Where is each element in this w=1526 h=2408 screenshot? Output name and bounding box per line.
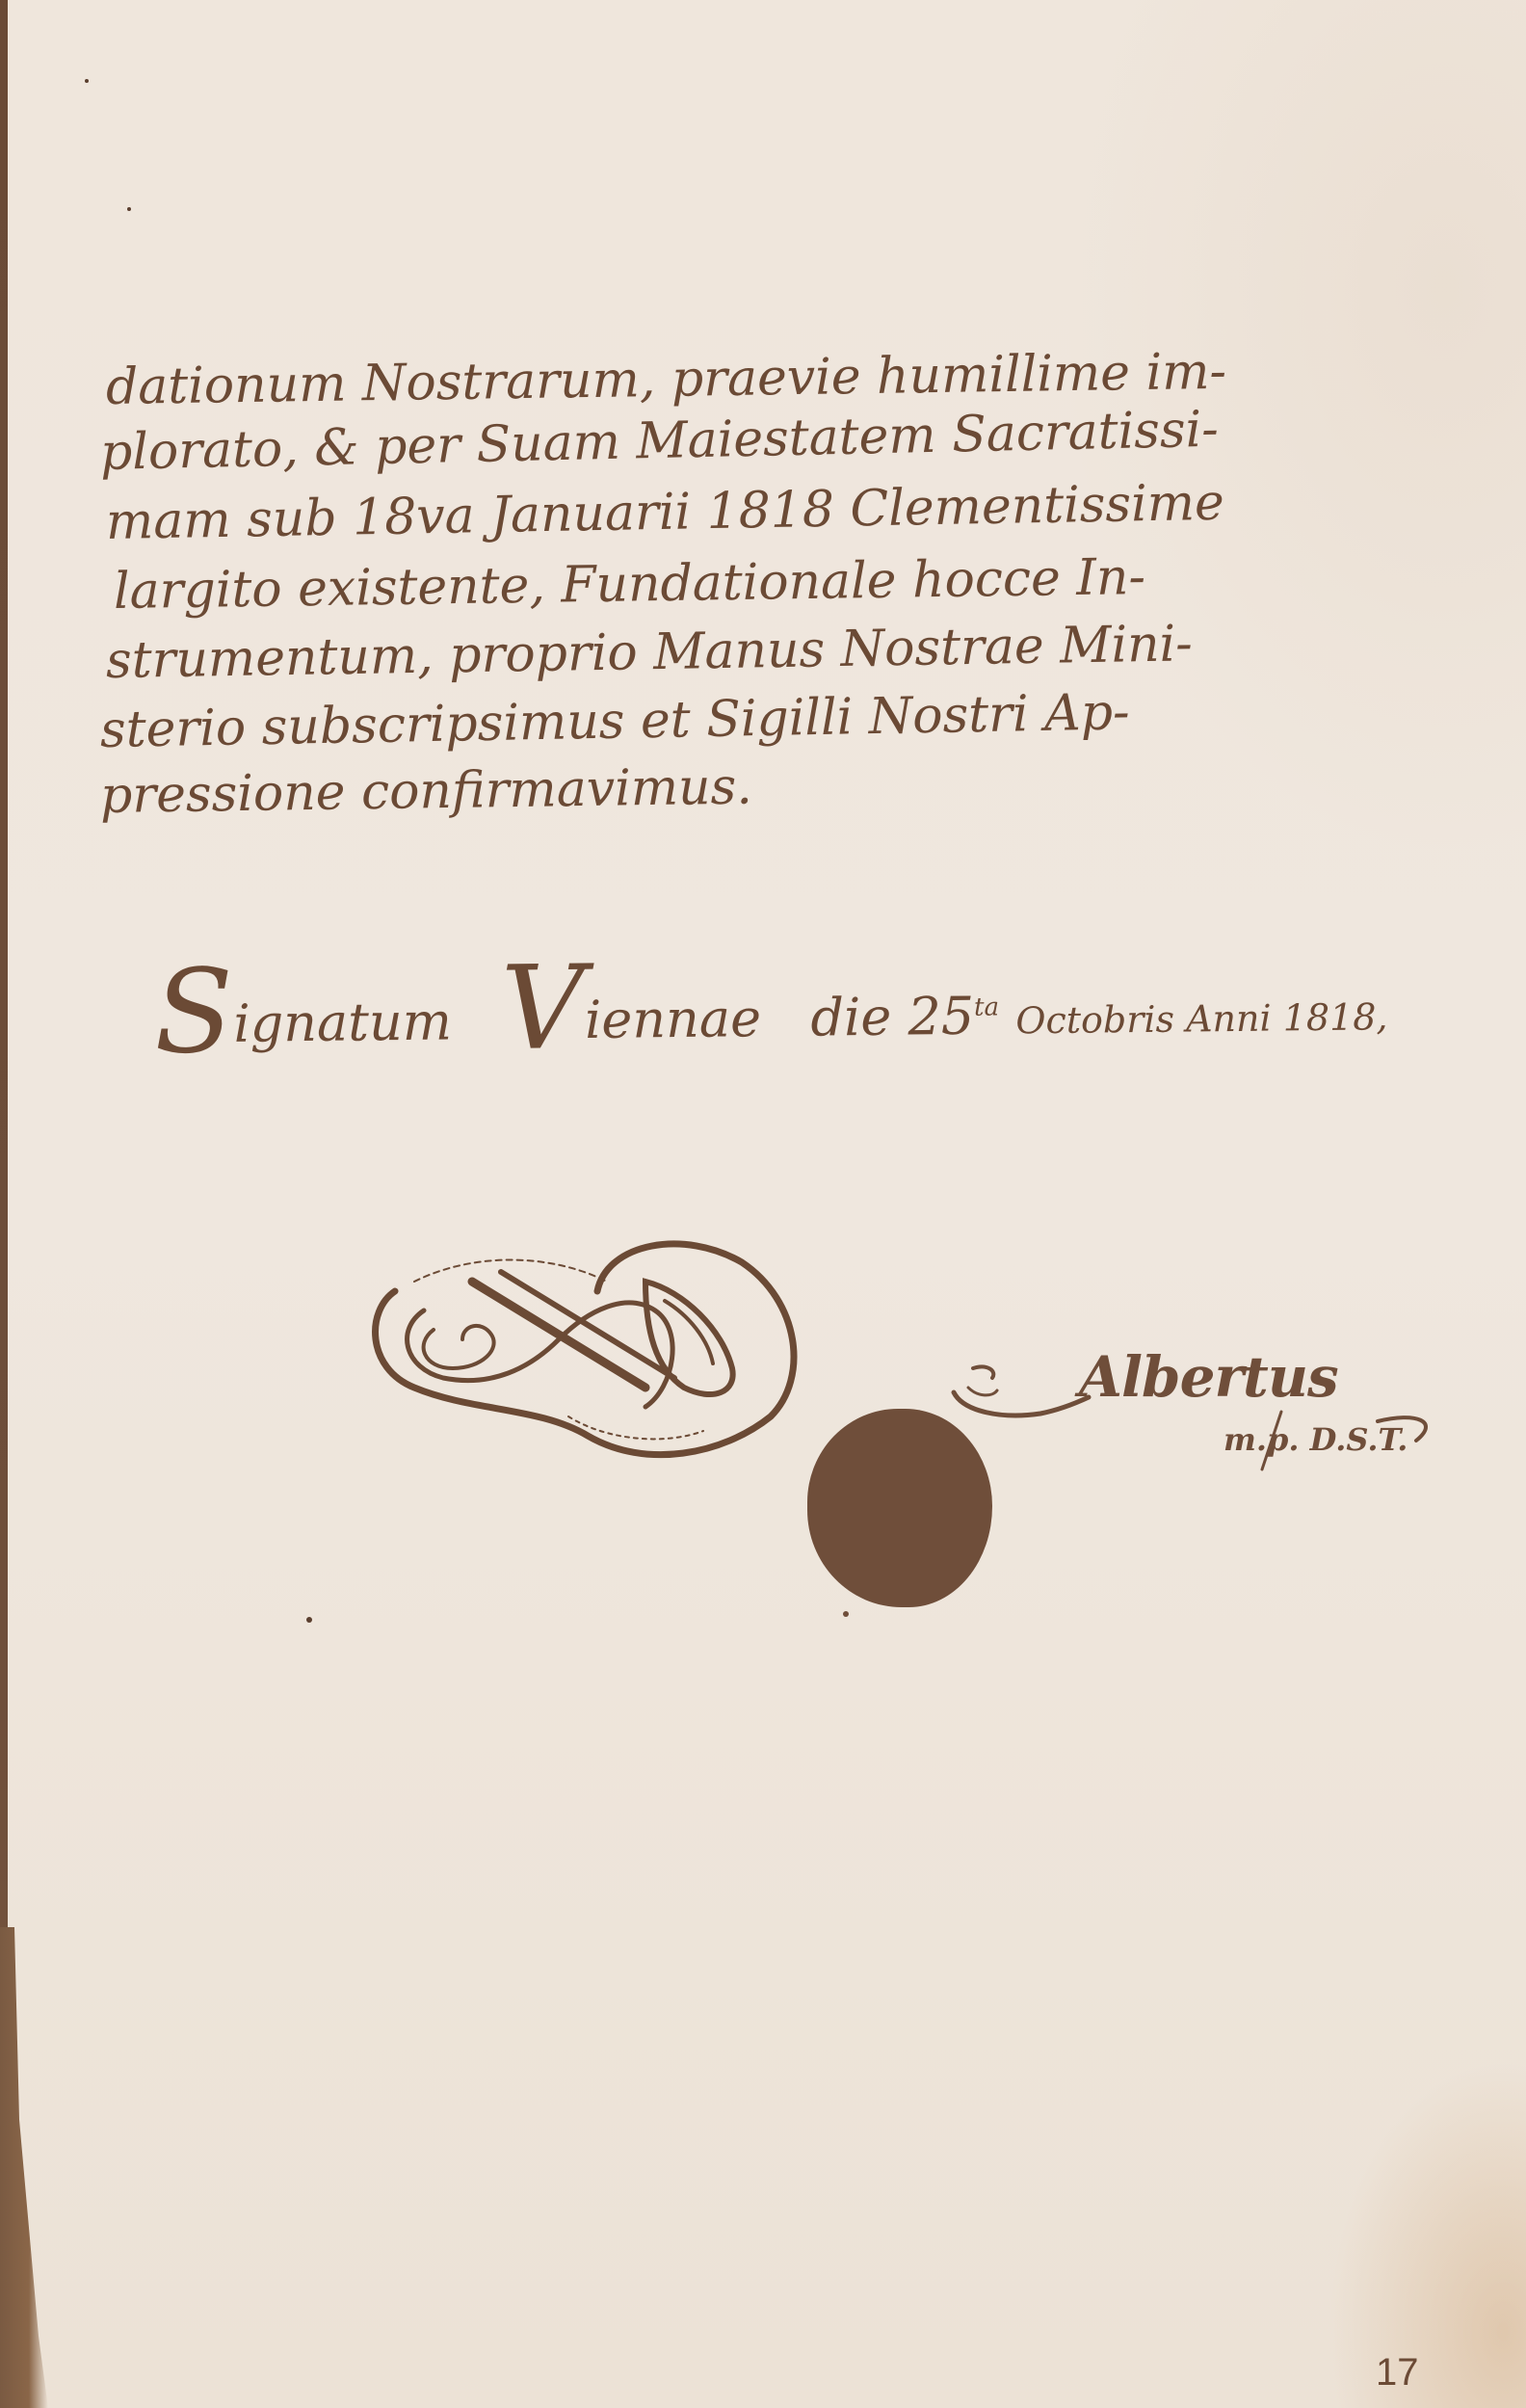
binding-stain xyxy=(0,1927,48,2408)
calligraphic-flourish-monogram-icon xyxy=(356,1224,819,1474)
day-number: 25 xyxy=(908,986,974,1047)
city-initial: V xyxy=(501,941,586,1076)
die-word: die xyxy=(810,987,891,1048)
ink-drop xyxy=(843,1611,849,1617)
body-line: largito existente, Fundationale hocce In… xyxy=(114,543,1521,621)
paper-speck xyxy=(306,1617,312,1623)
body-line: pressione confirmavimus. xyxy=(100,748,1508,825)
dateline: Signatum Viennae die 25ta Octobris Anni … xyxy=(153,933,1388,1079)
signatory-name: Albertus xyxy=(1079,1344,1338,1410)
city-word: iennae xyxy=(585,988,762,1050)
month-year: Octobris Anni 1818, xyxy=(1015,995,1388,1042)
signature-block: Albertus m.p. D.S.T. xyxy=(934,1344,1455,1489)
manuscript-page: dationum Nostrarum, praevie humillime im… xyxy=(0,0,1526,2408)
folio-number: 17 xyxy=(1376,2351,1419,2395)
document-body: dationum Nostrarum, praevie humillime im… xyxy=(106,358,1513,763)
body-line: strumentum, proprio Manus Nostrae Mini- xyxy=(106,610,1513,690)
body-line: sterio subscripsimus et Sigilli Nostri A… xyxy=(99,677,1507,759)
day-suffix: ta xyxy=(974,993,999,1022)
body-line: mam sub 18va Januarii 1818 Clementissime xyxy=(105,469,1513,551)
signatum-word: ignatum xyxy=(233,991,452,1053)
signatory-title: m.p. D.S.T. xyxy=(1223,1421,1408,1458)
paper-speck xyxy=(127,207,131,211)
signatum-initial: S xyxy=(153,945,234,1080)
paper-speck xyxy=(85,79,89,83)
